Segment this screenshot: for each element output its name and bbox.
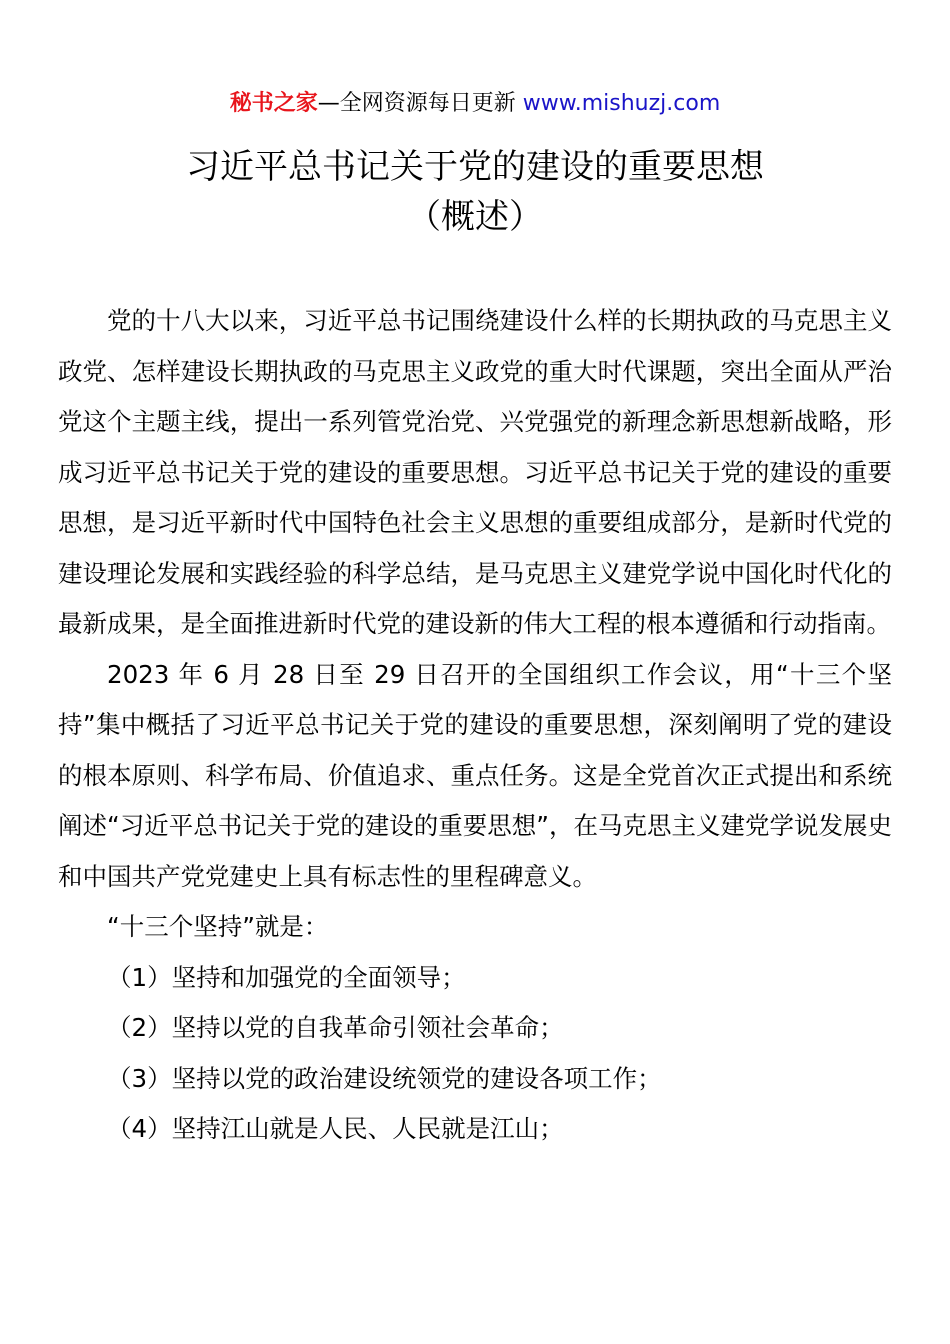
brand-name: 秘书之家 bbox=[230, 91, 318, 116]
site-url-link[interactable]: www.mishuzj.com bbox=[523, 91, 720, 116]
document-body: 党的十八大以来，习近平总书记围绕建设什么样的长期执政的马克思主义政党、怎样建设长… bbox=[58, 296, 892, 1155]
list-item: （4）坚持江山就是人民、人民就是江山； bbox=[58, 1104, 892, 1155]
paragraph-list-intro: “十三个坚持”就是： bbox=[58, 902, 892, 953]
document-title: 习近平总书记关于党的建设的重要思想 bbox=[0, 143, 950, 191]
list-item: （2）坚持以党的自我革命引领社会革命； bbox=[58, 1003, 892, 1054]
paragraph-conference: 2023 年 6 月 28 日至 29 日召开的全国组织工作会议，用“十三个坚持… bbox=[58, 650, 892, 903]
document-subtitle: （概述） bbox=[0, 193, 950, 241]
paragraph-intro: 党的十八大以来，习近平总书记围绕建设什么样的长期执政的马克思主义政党、怎样建设长… bbox=[58, 296, 892, 650]
site-header: 秘书之家—全网资源每日更新 www.mishuzj.com bbox=[0, 88, 950, 120]
list-item: （3）坚持以党的政治建设统领党的建设各项工作； bbox=[58, 1054, 892, 1105]
site-tagline: —全网资源每日更新 bbox=[318, 91, 523, 116]
list-item: （1）坚持和加强党的全面领导； bbox=[58, 953, 892, 1004]
